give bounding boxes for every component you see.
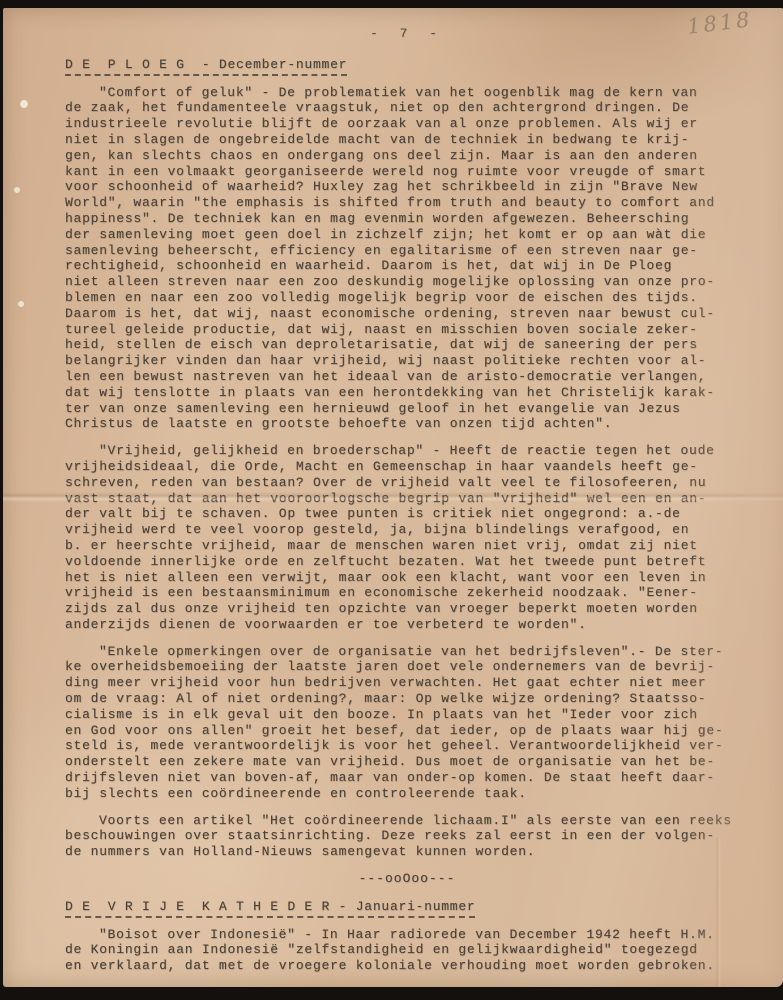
section-heading-row: D E P L O E G - December-nummer: [65, 55, 749, 85]
text-line: der valt bij te schaven. Op twee punten …: [65, 506, 749, 522]
text-line: samenleving beheerscht, efficiency en eg…: [65, 243, 749, 259]
text-line: dat wij tenslotte in plaats van een hero…: [65, 385, 749, 401]
text-line: kant in een volmaakt georganiseerde were…: [65, 164, 749, 180]
section-heading: D E V R I J E K A T H E D E R - Januari-…: [65, 899, 475, 918]
text-line: anderzijds dienen de voorwaarden er toe …: [65, 617, 749, 633]
text-line: heid, stellen de eisch van deproletarisa…: [65, 337, 749, 353]
text-line: schreven, reden van bestaan? Over de vri…: [65, 475, 749, 491]
text-line: Daarom is het, dat wij, naast economisch…: [65, 306, 749, 322]
text-line: tureel geleide productie, dat wij, naast…: [65, 322, 749, 338]
text-line: World", waarin "the emphasis is shifted …: [65, 195, 749, 211]
text-line: zijds zal dus onze vrijheid ten opzichte…: [65, 601, 749, 617]
text-line: en God voor ons allen" groeit het besef,…: [65, 723, 749, 739]
document-body: - 7 - D E P L O E G - December-nummer"Co…: [65, 26, 749, 985]
text-line: ke overheidsbemoeiing der laatste jaren …: [65, 659, 749, 675]
text-line: steld is, mede verantwoordelijk is voor …: [65, 738, 749, 754]
text-line: cialisme is in elk geval uit den booze. …: [65, 707, 749, 723]
text-line: "Vrijheid, gelijkheid en broederschap" -…: [65, 443, 749, 459]
text-line: het is niet alleen een verwijt, maar ook…: [65, 570, 749, 586]
text-line: niet alleen streven naar een zoo deskund…: [65, 274, 749, 290]
scanned-paper: 1818 - 7 - D E P L O E G - December-numm…: [3, 8, 783, 987]
text-line: Christus de laatste en grootste behoefte…: [65, 416, 749, 432]
paragraph: "Enkele opmerkingen over de organisatie …: [65, 644, 749, 802]
text-line: "Enkele opmerkingen over de organisatie …: [65, 644, 749, 660]
text-line: vrijheid werd te veel voorop gesteld, ja…: [65, 522, 749, 538]
text-line: ding meer vrijheid voor hun bedrijven ve…: [65, 675, 749, 691]
text-line: de nummers van Holland-Nieuws samengevat…: [65, 844, 749, 860]
text-line: blemen en naar een zoo volledig mogelijk…: [65, 290, 749, 306]
text-line: om de vraag: Al of niet ordening?, maar:…: [65, 691, 749, 707]
text-line: vrijheidsideaal, die Orde, Macht en Geme…: [65, 459, 749, 475]
text-line: gen, kan slechts chaos en ondergang ons …: [65, 148, 749, 164]
text-line: happiness". De techniek kan en mag evenm…: [65, 211, 749, 227]
page-number: - 7 -: [65, 26, 749, 42]
text-blocks: D E P L O E G - December-nummer"Comfort …: [65, 55, 749, 974]
text-line: belangrijker vinden dan haar vrijheid, w…: [65, 353, 749, 369]
text-line: industrieele revolutie blijft de oorzaak…: [65, 116, 749, 132]
text-line: bij slechts een coördineerende en contro…: [65, 786, 749, 802]
section-heading-row: D E V R I J E K A T H E D E R - Januari-…: [65, 897, 749, 927]
text-line: "Boisot over Indonesië" - In Haar radior…: [65, 927, 749, 943]
text-line: voldoende innerlijke orde en zelftucht b…: [65, 554, 749, 570]
text-line: de zaak, het fundamenteele vraagstuk, ni…: [65, 100, 749, 116]
text-line: ter van onze samenleving een hernieuwd g…: [65, 401, 749, 417]
text-line: onderstelt een zekere mate van vrijheid.…: [65, 754, 749, 770]
text-line: "Comfort of geluk" - De problematiek van…: [65, 85, 749, 101]
text-line: en verklaard, dat met de vroegere koloni…: [65, 958, 749, 974]
text-line: Voorts een artikel "Het coördineerende l…: [65, 813, 749, 829]
text-line: len een bewust nastreven van het ideaal …: [65, 369, 749, 385]
text-line: voor schoonheid of waarheid? Huxley zag …: [65, 179, 749, 195]
paragraph: Voorts een artikel "Het coördineerende l…: [65, 813, 749, 860]
section-separator: ---ooOoo---: [65, 871, 749, 887]
paragraph: "Comfort of geluk" - De problematiek van…: [65, 85, 749, 433]
text-line: der samenleving moet geen doel in zichze…: [65, 227, 749, 243]
text-line: rechtigheid, schoonheid en waarheid. Daa…: [65, 258, 749, 274]
text-line: beschouwingen over staatsinrichting. Dez…: [65, 828, 749, 844]
text-line: de Koningin aan Indonesië "zelfstandighe…: [65, 942, 749, 958]
text-line: vast staat, dat aan het vooroorlogsche b…: [65, 491, 749, 507]
paragraph: "Vrijheid, gelijkheid en broederschap" -…: [65, 443, 749, 633]
text-line: vrijheid is een bestaansminimum en econo…: [65, 585, 749, 601]
section-heading: D E P L O E G - December-nummer: [65, 57, 347, 76]
paragraph: "Boisot over Indonesië" - In Haar radior…: [65, 927, 749, 974]
text-line: b. er heerschte vrijheid, maar de mensch…: [65, 538, 749, 554]
text-line: drijfsleven niet van boven-af, maar van …: [65, 770, 749, 786]
text-line: niet in slagen de ongebreidelde macht va…: [65, 132, 749, 148]
